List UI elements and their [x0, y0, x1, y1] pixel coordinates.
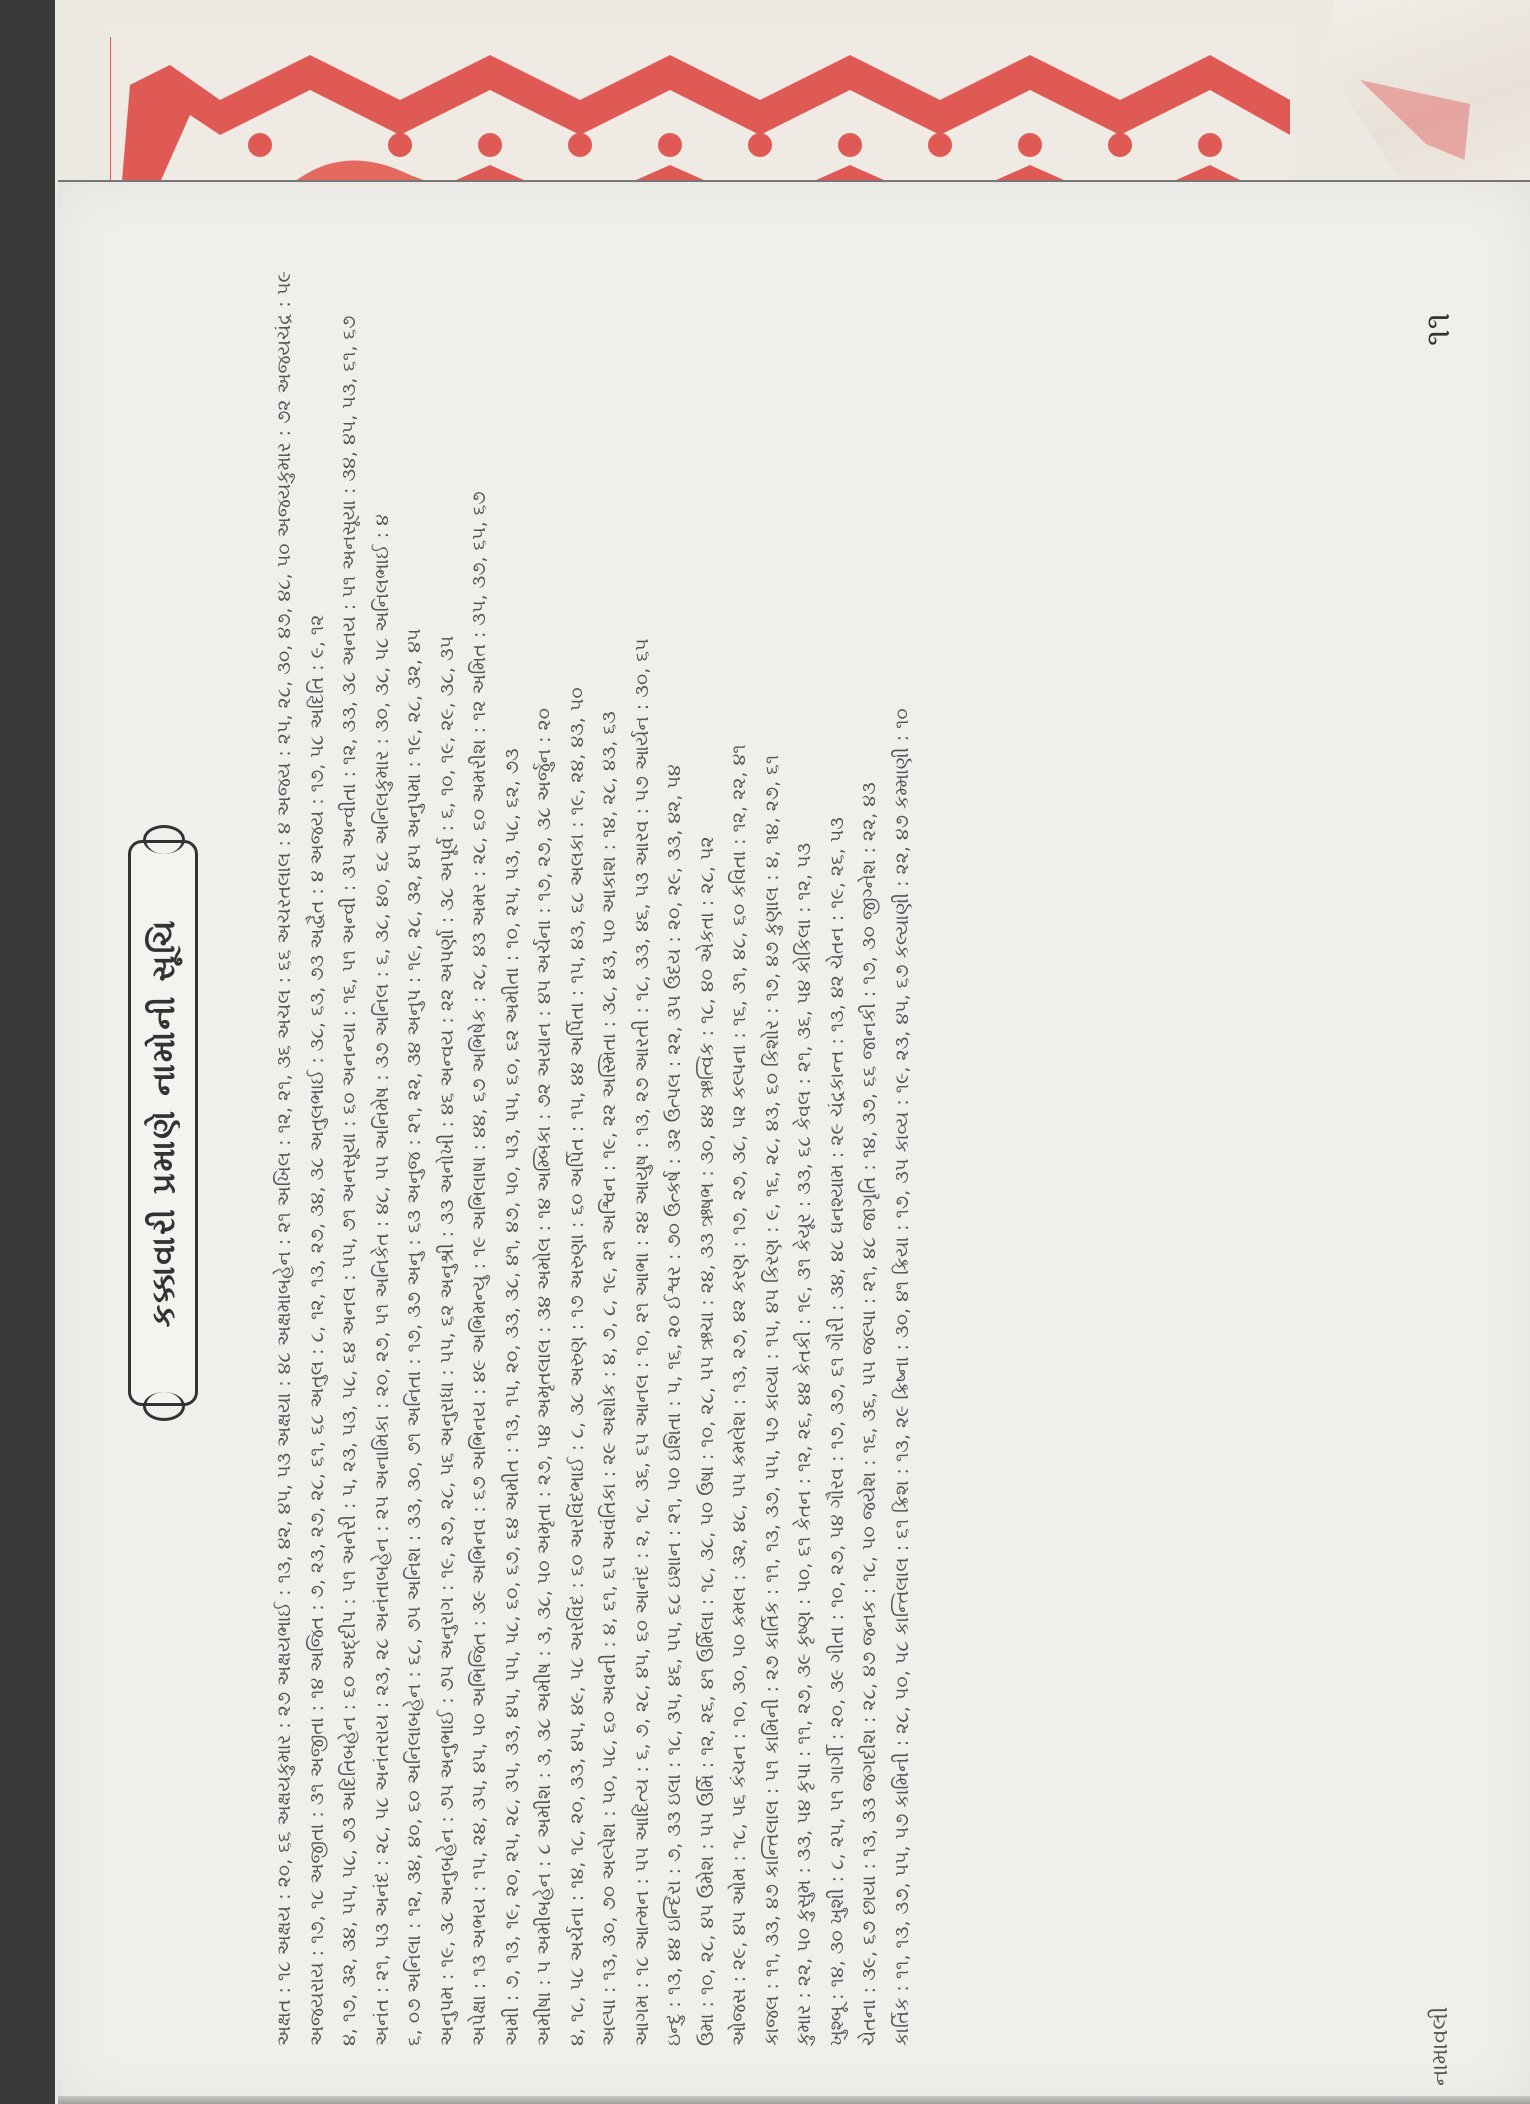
document-page: કક્કાવારી પ્રમાણે નામોની સૂચિ અક્ષત : ૧૮… — [58, 180, 1530, 2104]
index-entry-line: ઓજસ : ૨૯, ૪૫ ઓમ : ૧૮, ૫૬ કંચન : ૧૦, ૩૦, … — [723, 226, 756, 2046]
index-entry-line: અનંત : ૨૧, ૫૩ અનંદ : ૨૮, ૫૮ અનંતરાય : ૨૩… — [366, 226, 399, 2046]
index-entry-line: અક્ષત : ૧૮ અક્ષય : ૨૦, ૬૬ અક્ષયકુમાર : ૨… — [268, 226, 301, 2046]
index-entry-line: અપેક્ષા : ૧૩ અભય : ૧૫, ૨૪, ૩૫, ૪૫, ૫૦ અભ… — [463, 226, 496, 2046]
index-entry-line: ચેતના : ૩૯, ૬૭ છાયા : ૧૩, ૩૩ જગદીશ : ૨૮,… — [853, 226, 886, 2046]
index-entry-line: આગમ : ૧૮ આત્મન : ૫૫ આદિત્ય : ૬, ૭, ૨૮, ૪… — [626, 226, 659, 2046]
index-entry-line: અલ્પા : ૧૩, ૩૦, ૭૦ અલ્પેશ : ૫૦, ૫૮, ૬૦ અ… — [593, 226, 626, 2046]
index-entry-line: અમી : ૭, ૧૩, ૧૯, ૨૦, ૨૫, ૨૮, ૩૫, ૩૩, ૪૫,… — [496, 226, 529, 2046]
index-entry-line: ઉમા : ૧૦, ૨૮, ૪૫ ઉમેશ : ૫૫ ઉર્મિ : ૧૨, ૨… — [691, 226, 724, 2046]
index-entry-line: અનુપમ : ૧૯, ૩૮ અનુબહેન : ૭૫ અનુભાઈ : ૭૫ … — [431, 226, 464, 2046]
index-entry-line: ૪, ૧૭, ૩૨, ૩૪, ૫૫, ૫૮, ૭૩ અદિતિબહેન : ૬૦… — [333, 226, 366, 2046]
rotated-content: કક્કાવારી પ્રમાણે નામોની સૂચિ અક્ષત : ૧૮… — [58, 182, 1530, 2104]
index-entry-line: કુમાર : ૨૨, ૫૦ કુસુમ : ૩૩, ૫૪ કૃપા : ૧૧,… — [788, 226, 821, 2046]
page-title: કક્કાવારી પ્રમાણે નામોની સૂચિ — [144, 919, 183, 1328]
page-bottom-edge — [58, 2096, 1530, 2104]
index-entry-line: અમીષા : ૫ અમીબહેન : ૮ અમીશ : ૩, ૩૮ અમીષ … — [528, 226, 561, 2046]
decorative-red-border — [110, 25, 1290, 205]
title-banner: કક્કાવારી પ્રમાણે નામોની સૂચિ — [128, 840, 198, 1406]
footer-label: નામાવલી — [1428, 2007, 1453, 2086]
index-entry-line: ૪, ૧૮, ૫૮ અર્ચના : ૧૪, ૧૮, ૨૦, ૩૩, ૪૫, ૪… — [561, 226, 594, 2046]
index-entry-line: ૬, ૦૭ અનિલા : ૧૨, ૩૪, ૪૦, ૬૦ અનિલાબહેન :… — [398, 226, 431, 2046]
index-entry-line: કાર્તિક : ૧૧, ૧૩, ૩૭, ૫૫, ૫૭ કામિની : ૨૮… — [886, 226, 919, 2046]
zigzag-pattern-icon — [110, 25, 1290, 205]
index-entry-line: ખુશ્બૂ : ૧૪, ૩૦ ખુશી : ૮, ૨૫, ૫૧ ગાર્ગી … — [821, 226, 854, 2046]
index-entry-line: અજયરાય : ૧૭, ૧૮ અજીતા : ૩૧ અજીતા : ૧૪ અજ… — [301, 226, 334, 2046]
name-index-list: અક્ષત : ૧૮ અક્ષય : ૨૦, ૬૬ અક્ષયકુમાર : ૨… — [268, 226, 918, 2046]
page-number: ૧૧ — [1418, 313, 1458, 346]
index-entry-line: કાજલ : ૧૧, ૩૩, ૪૭ કાન્તિલાલ : ૫૧ કામિની … — [756, 226, 789, 2046]
index-entry-line: ઇન્દુ : ૧૩, ૪૪ ઇન્દિરા : ૭, ૩૩ ઇલા : ૧૮,… — [658, 226, 691, 2046]
